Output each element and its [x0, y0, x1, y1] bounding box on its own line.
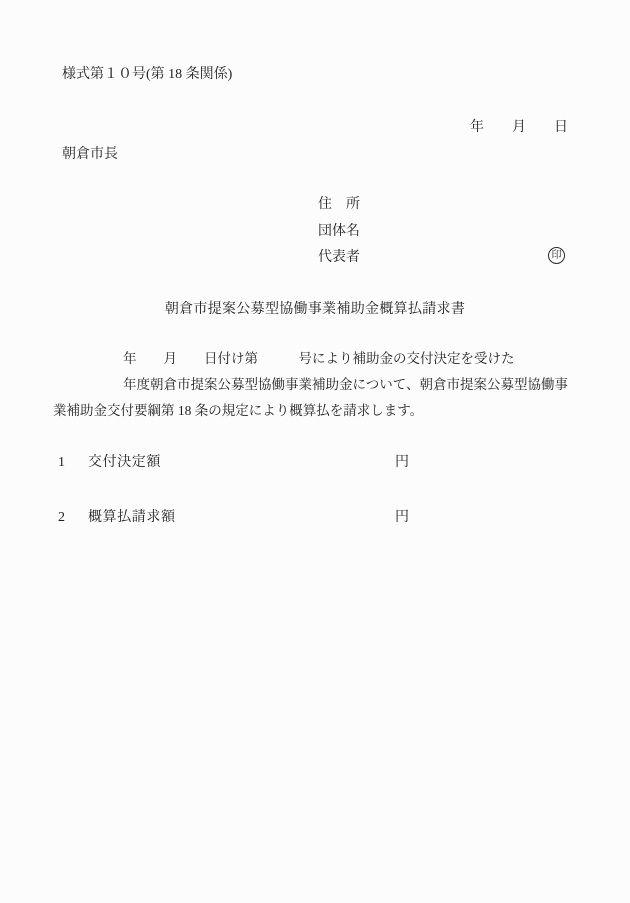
item-unit-yen: 円	[395, 454, 409, 472]
seal-mark-icon: 印	[548, 247, 565, 264]
item-row: 2 概算払請求額 円	[0, 509, 630, 529]
document-title: 朝倉市提案公募型協働事業補助金概算払請求書	[0, 301, 630, 319]
body-line: 年度朝倉市提案公募型協働事業補助金について、朝倉市提案公募型協働事	[123, 377, 568, 394]
body-line: 年 月 日付け第 号により補助金の交付決定を受けた	[123, 351, 515, 368]
addressee: 朝倉市長	[62, 146, 118, 164]
item-label: 概算払請求額	[88, 509, 176, 527]
item-number: 1	[58, 454, 65, 472]
date-line: 年 月 日	[470, 119, 568, 137]
item-row: 1 交付決定額 円	[0, 454, 630, 474]
item-number: 2	[58, 509, 65, 527]
representative-label: 代表者	[318, 249, 360, 267]
item-unit-yen: 円	[395, 509, 409, 527]
body-line: 業補助金交付要綱第 18 条の規定により概算払を請求します。	[53, 403, 423, 420]
document-page: 様式第１０号(第 18 条関係) 年 月 日 朝倉市長 住 所 団体名 代表者 …	[0, 0, 630, 903]
item-label: 交付決定額	[88, 454, 161, 472]
address-label: 住 所	[318, 196, 360, 214]
organization-name-label: 団体名	[318, 223, 360, 241]
form-number: 様式第１０号(第 18 条関係)	[62, 66, 232, 84]
